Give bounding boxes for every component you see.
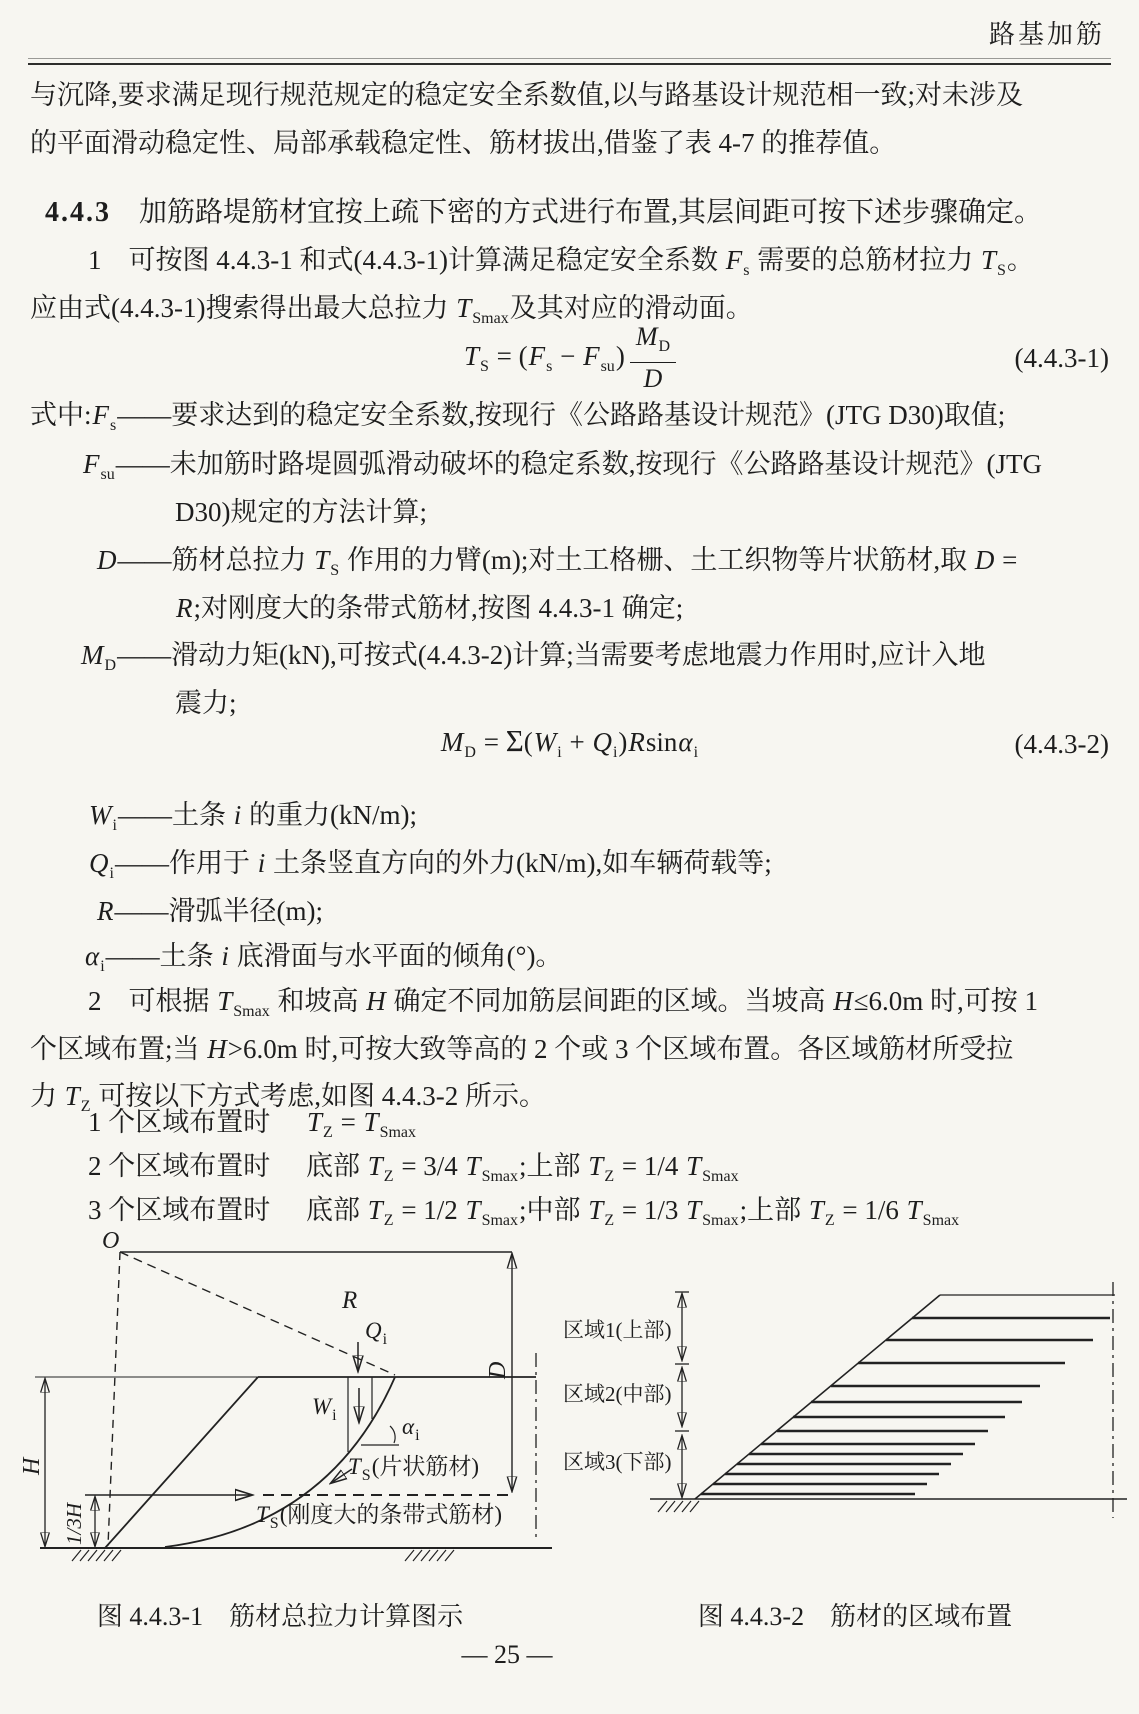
definition-line: D——筋材总拉力 TS 作用的力臂(m);对土工格栅、土工织物等片状筋材,取 D… — [96, 543, 1017, 588]
page-number: — 25 — — [0, 1640, 1014, 1670]
definition-line: 式中:Fs——要求达到的稳定安全系数,按现行《公路路基设计规范》(JTG D30… — [30, 398, 1005, 443]
label-strip-reinforcement-tension: TS(刚度大的条带式筋材) — [255, 1502, 502, 1537]
fraction-numerator: MD — [630, 322, 676, 363]
definition-line: MD——滑动力矩(kN),可按式(4.4.3-2)计算;当需要考虑地震力作用时,… — [80, 638, 986, 683]
figure-zone-layout: 区域1(上部) 区域2(中部) 区域3(下部) — [555, 1270, 1135, 1525]
ground-hatching — [658, 1501, 699, 1512]
label-weight-Wi: Wi — [311, 1394, 338, 1429]
definition-line: D30)规定的方法计算; — [175, 495, 427, 529]
label-dimension-D: D — [485, 1361, 511, 1380]
embankment-outline — [650, 1295, 1127, 1499]
equation-4-4-3-1: TS = (Fs − Fsu) MD D (4.4.3-1) — [0, 322, 1139, 394]
definition-line: R;对刚度大的条带式筋材,按图 4.4.3-1 确定; — [175, 591, 683, 625]
running-header: 路基加筋 — [989, 14, 1105, 51]
label-dimension-one-third-H: 1/3H — [61, 1502, 87, 1546]
definition-line: 震力; — [175, 686, 237, 720]
equation-number: (4.4.3-1) — [1015, 343, 1109, 374]
fraction: MD D — [630, 322, 676, 394]
document-page: 路基加筋 与沉降,要求满足现行规范规定的稳定安全系数值,以与路基设计规范相一致;… — [0, 0, 1139, 1714]
zone-rule-value: TZ = TSmax — [306, 1105, 417, 1150]
equation-lhs: TS = (Fs − Fsu) — [463, 341, 625, 376]
body-line: 个区域布置;当 H>6.0m 时,可按大致等高的 2 个或 3 个区域布置。各区… — [30, 1032, 1013, 1066]
ground-hatching — [72, 1550, 454, 1561]
body-line: 的平面滑动稳定性、局部承载稳定性、筋材拔出,借鉴了表 4-7 的推荐值。 — [30, 126, 896, 160]
definition-line: R——滑弧半径(m); — [96, 894, 323, 928]
zone-rule-label: 1 个区域布置时 — [88, 1105, 270, 1139]
equation-body: MD = Σ(Wi + Qi)Rsinαi — [440, 726, 699, 762]
zone-3-label: 区域3(下部) — [563, 1448, 672, 1476]
fraction-denominator: D — [643, 363, 664, 394]
zone-rule-label: 3 个区域布置时 — [88, 1193, 270, 1227]
zone-1-label: 区域1(上部) — [563, 1316, 672, 1344]
zone-dimension-line — [675, 1292, 689, 1497]
label-radius: R — [341, 1288, 358, 1314]
reinforcement-layers — [701, 1318, 1110, 1494]
figure-total-tension-diagram: O R Qi Wi αi TS(片状筋材) TS(刚度大的条带式筋材) D H … — [15, 1228, 565, 1563]
label-sheet-reinforcement-tension: TS(片状筋材) — [347, 1454, 479, 1489]
label-surcharge-Qi: Qi — [364, 1318, 388, 1353]
body-line: 1 可按图 4.4.3-1 和式(4.4.3-1)计算满足稳定安全系数 Fs 需… — [88, 243, 1034, 288]
definition-line: Qi——作用于 i 土条竖直方向的外力(kN/m),如车辆荷载等; — [88, 846, 772, 891]
definition-line: αi——土条 i 底滑面与水平面的倾角(°)。 — [84, 939, 562, 984]
definition-line: Wi——土条 i 的重力(kN/m); — [88, 798, 417, 843]
header-rule — [28, 58, 1111, 65]
figure-2-caption: 图 4.4.3-2 筋材的区域布置 — [625, 1596, 1085, 1633]
figure-1-caption: 图 4.4.3-1 筋材总拉力计算图示 — [40, 1596, 520, 1633]
definition-line: Fsu——未加筋时路堤圆弧滑动破坏的稳定系数,按现行《公路路基设计规范》(JTG — [82, 447, 1042, 492]
zone-rule-label: 2 个区域布置时 — [88, 1149, 270, 1183]
equation-4-4-3-2: MD = Σ(Wi + Qi)Rsinαi (4.4.3-2) — [0, 722, 1139, 766]
label-alpha-i: αi — [401, 1414, 421, 1449]
zone-rule-value: 底部 TZ = 3/4 TSmax;上部 TZ = 1/4 TSmax — [306, 1149, 740, 1194]
label-circle-center: O — [101, 1228, 120, 1254]
equation-number: (4.4.3-2) — [1015, 729, 1109, 760]
section-heading: 4.4.3 加筋路堤筋材宜按上疏下密的方式进行布置,其层间距可按下述步骤确定。 — [45, 196, 1042, 230]
body-line: 与沉降,要求满足现行规范规定的稳定安全系数值,以与路基设计规范相一致;对未涉及 — [30, 78, 1023, 112]
label-dimension-H: H — [19, 1457, 45, 1476]
body-line: 2 可根据 TSmax 和坡高 H 确定不同加筋层间距的区域。当坡高 H≤6.0… — [88, 984, 1038, 1029]
zone-2-label: 区域2(中部) — [563, 1380, 672, 1408]
